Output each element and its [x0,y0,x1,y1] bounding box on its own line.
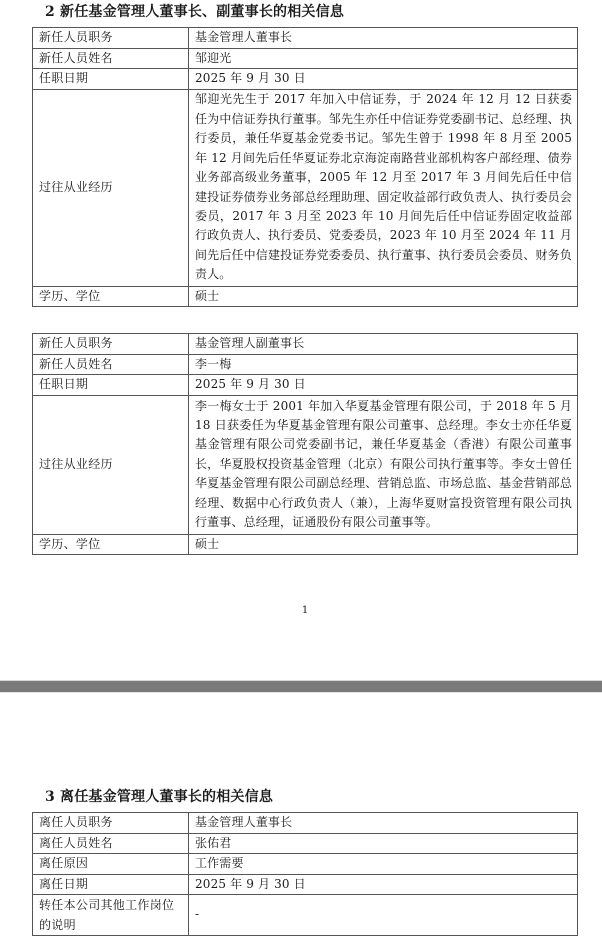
departing-chairman-table: 离任人员职务 基金管理人董事长 离任人员姓名 张佑君 离任原因 工作需要 离任日… [32,812,578,936]
row-value: 基金管理人董事长 [189,28,578,49]
page-break-divider [0,680,602,693]
row-value: 2025 年 9 月 30 日 [189,874,578,895]
table-row: 转任本公司其他工作岗位的说明 - [33,895,578,936]
table-row: 离任日期 2025 年 9 月 30 日 [33,874,578,895]
row-label: 过往从业经历 [33,89,189,286]
table-row: 新任人员姓名 邹迎光 [33,48,578,69]
row-value: 工作需要 [189,854,578,875]
row-value: 基金管理人副董事长 [189,334,578,355]
table-row: 新任人员姓名 李一梅 [33,354,578,375]
row-label: 新任人员姓名 [33,48,189,69]
row-label: 任职日期 [33,69,189,90]
row-label: 离任日期 [33,874,189,895]
row-label: 新任人员职务 [33,28,189,49]
row-label: 转任本公司其他工作岗位的说明 [33,895,189,936]
section-2-heading: 2 新任基金管理人董事长、副董事长的相关信息 [45,3,344,21]
row-label: 离任人员职务 [33,813,189,834]
table-row: 任职日期 2025 年 9 月 30 日 [33,375,578,396]
row-value: 李一梅 [189,354,578,375]
row-label: 离任原因 [33,854,189,875]
row-label: 新任人员职务 [33,334,189,355]
table-row: 学历、学位 硕士 [33,286,578,307]
row-value: 2025 年 9 月 30 日 [189,375,578,396]
row-value: 硕士 [189,534,578,555]
row-value-experience: 李一梅女士于 2001 年加入华夏基金管理有限公司，于 2018 年 5 月 1… [189,395,578,534]
row-label: 任职日期 [33,375,189,396]
page-number: 1 [0,605,602,617]
table-row: 学历、学位 硕士 [33,534,578,555]
row-value: 邹迎光 [189,48,578,69]
row-value: 基金管理人董事长 [189,813,578,834]
section-3-heading: 3 离任基金管理人董事长的相关信息 [45,788,273,806]
table-row: 离任人员姓名 张佑君 [33,833,578,854]
row-label: 过往从业经历 [33,395,189,534]
row-label: 新任人员姓名 [33,354,189,375]
table-row: 离任人员职务 基金管理人董事长 [33,813,578,834]
row-value: 硕士 [189,286,578,307]
table-row: 过往从业经历 邹迎光先生于 2017 年加入中信证券，于 2024 年 12 月… [33,89,578,286]
row-value: - [189,895,578,936]
row-value: 张佑君 [189,833,578,854]
row-label: 离任人员姓名 [33,833,189,854]
new-vice-chairman-table: 新任人员职务 基金管理人副董事长 新任人员姓名 李一梅 任职日期 2025 年 … [32,333,578,555]
table-row: 新任人员职务 基金管理人副董事长 [33,334,578,355]
row-label: 学历、学位 [33,534,189,555]
new-chairman-table: 新任人员职务 基金管理人董事长 新任人员姓名 邹迎光 任职日期 2025 年 9… [32,27,578,307]
row-value: 2025 年 9 月 30 日 [189,69,578,90]
table-row: 过往从业经历 李一梅女士于 2001 年加入华夏基金管理有限公司，于 2018 … [33,395,578,534]
table-row: 任职日期 2025 年 9 月 30 日 [33,69,578,90]
row-value-experience: 邹迎光先生于 2017 年加入中信证券，于 2024 年 12 月 12 日获委… [189,89,578,286]
table-row: 新任人员职务 基金管理人董事长 [33,28,578,49]
table-row: 离任原因 工作需要 [33,854,578,875]
row-label: 学历、学位 [33,286,189,307]
